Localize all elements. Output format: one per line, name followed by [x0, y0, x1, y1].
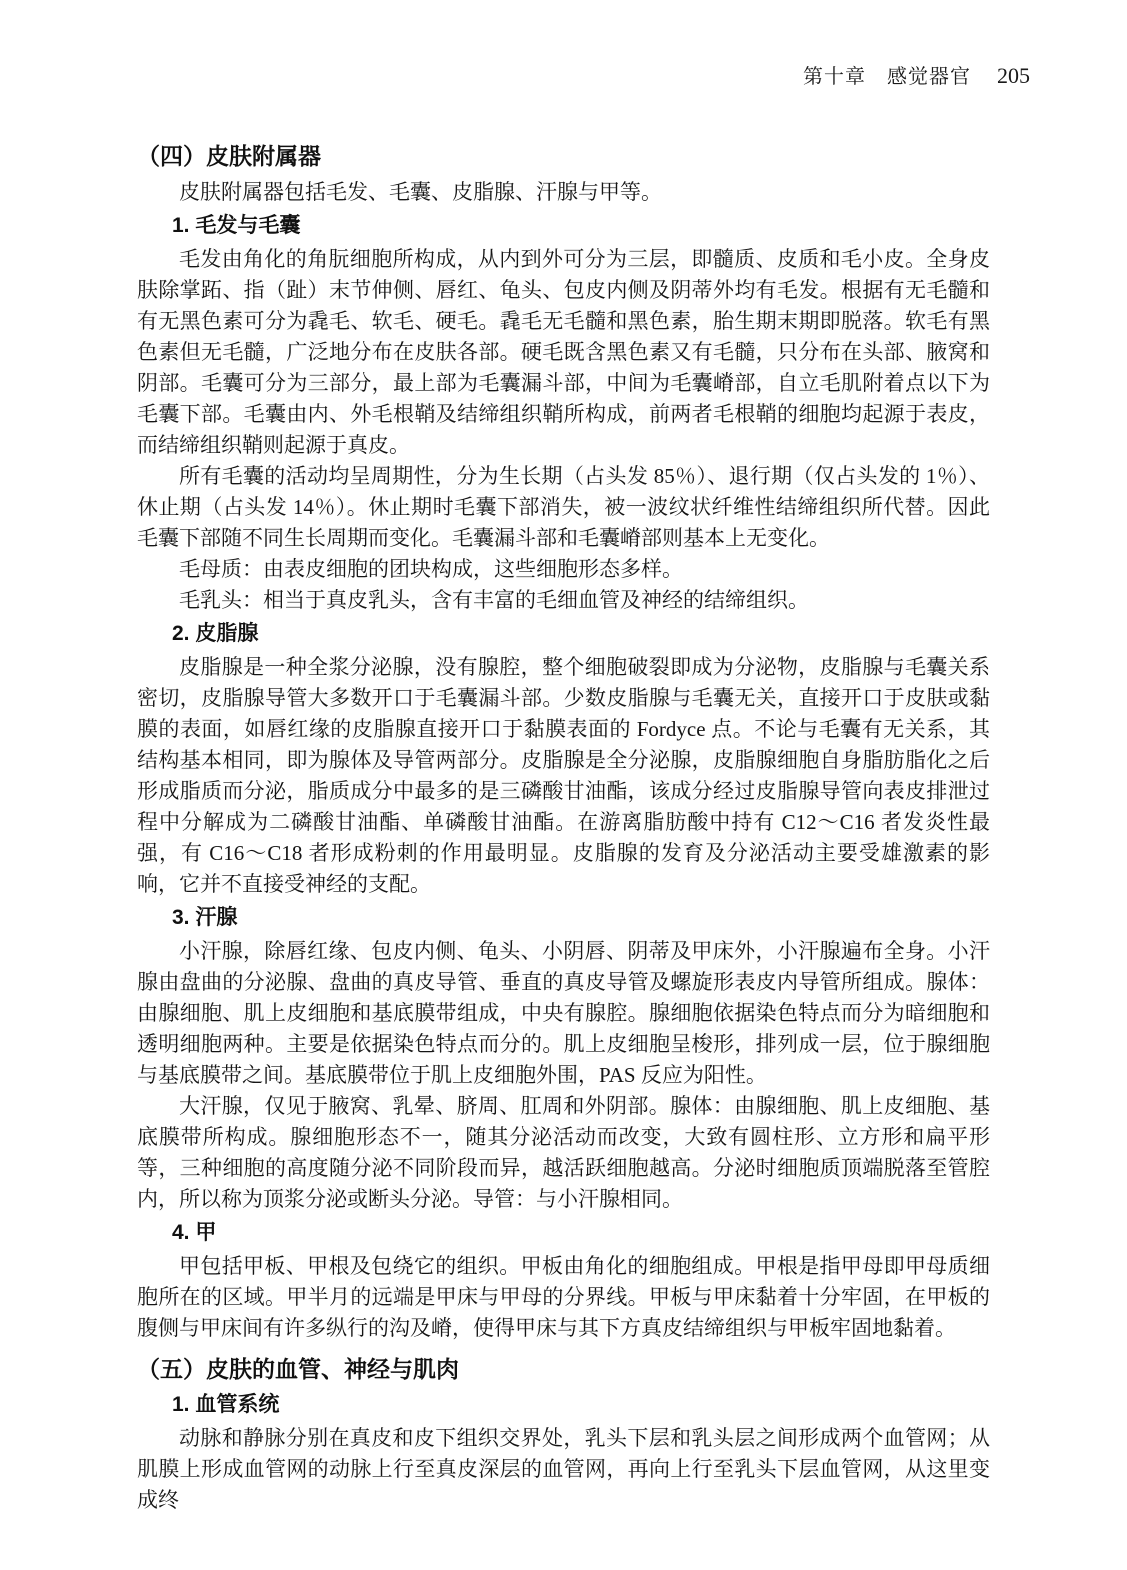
- section-heading: （五）皮肤的血管、神经与肌肉: [137, 1354, 990, 1384]
- paragraph: 皮脂腺是一种全浆分泌腺，没有腺腔，整个细胞破裂即成为分泌物，皮脂腺与毛囊关系密切…: [137, 652, 990, 900]
- chapter-title: 第十章 感觉器官: [803, 60, 971, 89]
- paragraph: 毛母质：由表皮细胞的团块构成，这些细胞形态多样。: [137, 554, 990, 585]
- paragraph: 毛发由角化的角朊细胞所构成，从内到外可分为三层，即髓质、皮质和毛小皮。全身皮肤除…: [137, 244, 990, 461]
- sub-heading: 3. 汗腺: [137, 903, 990, 933]
- page-content: （四）皮肤附属器皮肤附属器包括毛发、毛囊、皮脂腺、汗腺与甲等。1. 毛发与毛囊毛…: [137, 141, 990, 1516]
- paragraph: 甲包括甲板、甲根及包绕它的组织。甲板由角化的细胞组成。甲根是指甲母即甲母质细胞所…: [137, 1251, 990, 1344]
- sub-heading: 1. 毛发与毛囊: [137, 211, 990, 241]
- paragraph: 毛乳头：相当于真皮乳头，含有丰富的毛细血管及神经的结缔组织。: [137, 585, 990, 616]
- sub-heading: 1. 血管系统: [137, 1390, 990, 1420]
- paragraph: 皮肤附属器包括毛发、毛囊、皮脂腺、汗腺与甲等。: [137, 177, 990, 208]
- paragraph: 大汗腺，仅见于腋窝、乳晕、脐周、肛周和外阴部。腺体：由腺细胞、肌上皮细胞、基底膜…: [137, 1091, 990, 1215]
- paragraph: 小汗腺，除唇红缘、包皮内侧、龟头、小阴唇、阴蒂及甲床外，小汗腺遍布全身。小汗腺由…: [137, 936, 990, 1091]
- page-number: 205: [997, 63, 1030, 89]
- book-page: 第十章 感觉器官 205 （四）皮肤附属器皮肤附属器包括毛发、毛囊、皮脂腺、汗腺…: [0, 0, 1127, 1570]
- sub-heading: 2. 皮脂腺: [137, 619, 990, 649]
- sub-heading: 4. 甲: [137, 1218, 990, 1248]
- running-header: 第十章 感觉器官 205: [803, 60, 1030, 89]
- paragraph: 所有毛囊的活动均呈周期性，分为生长期（占头发 85％）、退行期（仅占头发的 1％…: [137, 461, 990, 554]
- paragraph: 动脉和静脉分别在真皮和皮下组织交界处，乳头下层和乳头层之间形成两个血管网；从肌膜…: [137, 1423, 990, 1516]
- section-heading: （四）皮肤附属器: [137, 141, 990, 171]
